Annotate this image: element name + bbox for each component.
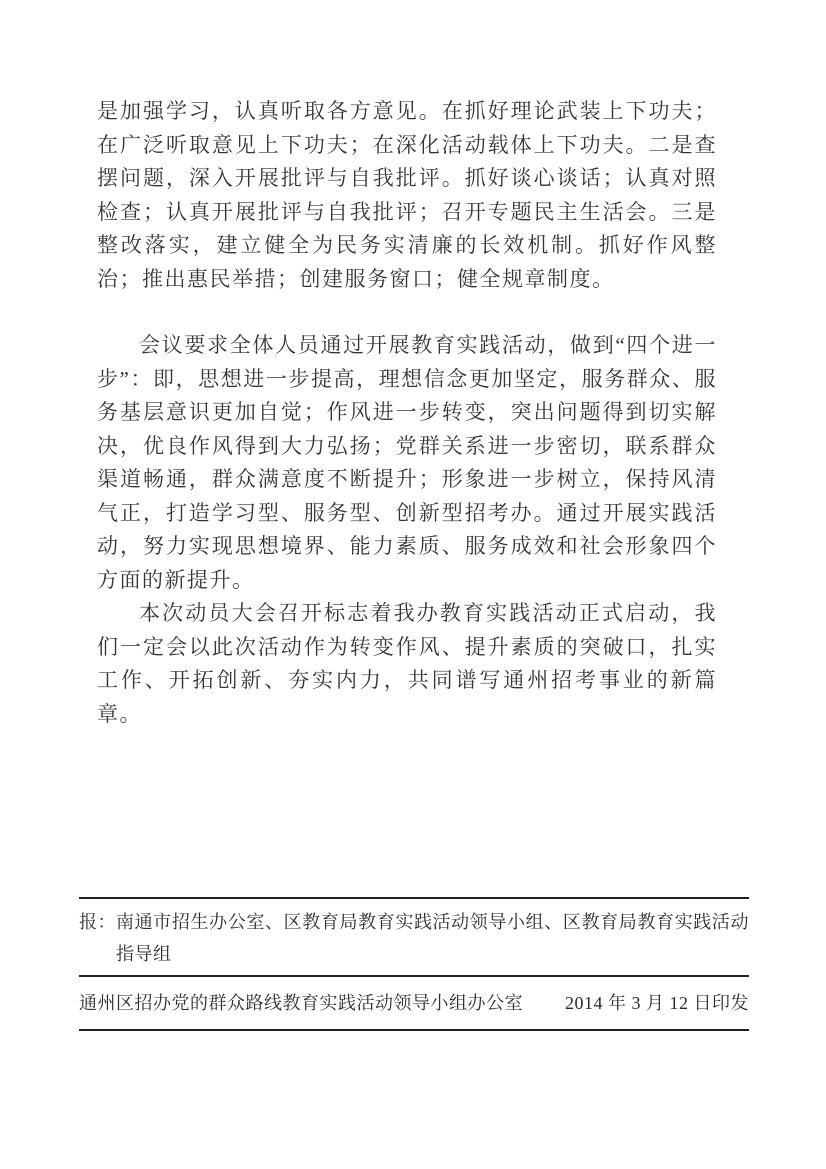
report-label: 报：: [79, 906, 116, 938]
paragraph-closing: 本次动员大会召开标志着我办教育实践活动正式启动，我们一定会以此次活动作为转变作风…: [97, 597, 717, 731]
document-body: 是加强学习，认真听取各方意见。在抓好理论武装上下功夫；在广泛听取意见上下功夫；在…: [97, 95, 717, 731]
issuing-office: 通州区招办党的群众路线教育实践活动领导小组办公室: [79, 988, 523, 1018]
document-page: 是加强学习，认真听取各方意见。在抓好理论武装上下功夫；在广泛听取意见上下功夫；在…: [0, 0, 826, 1169]
issue-date: 2014 年 3 月 12 日印发: [565, 988, 749, 1018]
report-recipients: 南通市招生办公室、区教育局教育实践活动领导小组、区教育局教育实践活动指导组: [116, 906, 749, 970]
paragraph-continuation: 是加强学习，认真听取各方意见。在抓好理论武装上下功夫；在广泛听取意见上下功夫；在…: [97, 95, 717, 296]
paragraph-meeting-requirements: 会议要求全体人员通过开展教育实践活动，做到“四个进一步”：即，思想进一步提高，理…: [97, 329, 717, 597]
document-footer: 报： 南通市招生办公室、区教育局教育实践活动领导小组、区教育局教育实践活动指导组…: [79, 897, 749, 1031]
report-distribution-row: 报： 南通市招生办公室、区教育局教育实践活动领导小组、区教育局教育实践活动指导组: [79, 897, 749, 975]
issue-info-row: 通州区招办党的群众路线教育实践活动领导小组办公室 2014 年 3 月 12 日…: [79, 975, 749, 1031]
